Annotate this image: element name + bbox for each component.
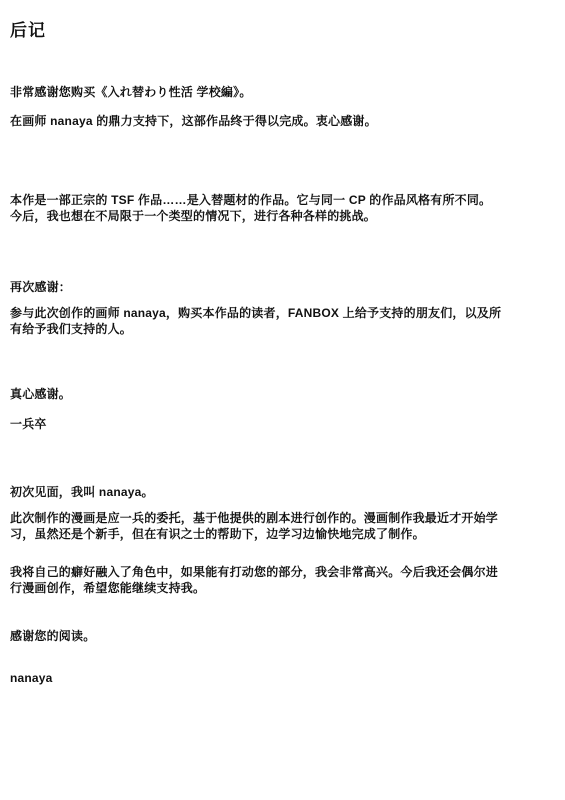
paragraph-artist-support: 在画师 nanaya 的鼎力支持下，这部作品终于得以完成。衷心感谢。 (10, 113, 547, 129)
page-title: 后记 (10, 20, 547, 42)
paragraph-nanaya-process: 此次制作的漫画是应一兵的委托，基于他提供的剧本进行创作的。漫画制作我最近才开始学… (10, 510, 547, 542)
paragraph-thanks-again-heading: 再次感谢： (10, 279, 547, 295)
paragraph-nanaya-hopes: 我将自己的癖好融入了角色中，如果能有打动您的部分，我会非常高兴。今后我还会偶尔进… (10, 564, 547, 596)
signature-ippeisotsu: 一兵卒 (10, 416, 547, 432)
paragraph-nanaya-greeting: 初次见面，我叫 nanaya。 (10, 484, 547, 500)
afterword-page: 后记 非常感谢您购买《入れ替わり性活 学校編》。 在画师 nanaya 的鼎力支… (0, 0, 565, 800)
paragraph-thanks-purchase: 非常感谢您购买《入れ替わり性活 学校編》。 (10, 84, 547, 100)
paragraph-about-work: 本作是一部正宗的 TSF 作品……是入替题材的作品。它与同一 CP 的作品风格有… (10, 192, 547, 224)
paragraph-heartfelt-thanks: 真心感谢。 (10, 386, 547, 402)
paragraph-thanks-list: 参与此次创作的画师 nanaya，购买本作品的读者，FANBOX 上给予支持的朋… (10, 305, 547, 337)
signature-nanaya: nanaya (10, 670, 547, 686)
paragraph-thanks-reading: 感谢您的阅读。 (10, 628, 547, 644)
